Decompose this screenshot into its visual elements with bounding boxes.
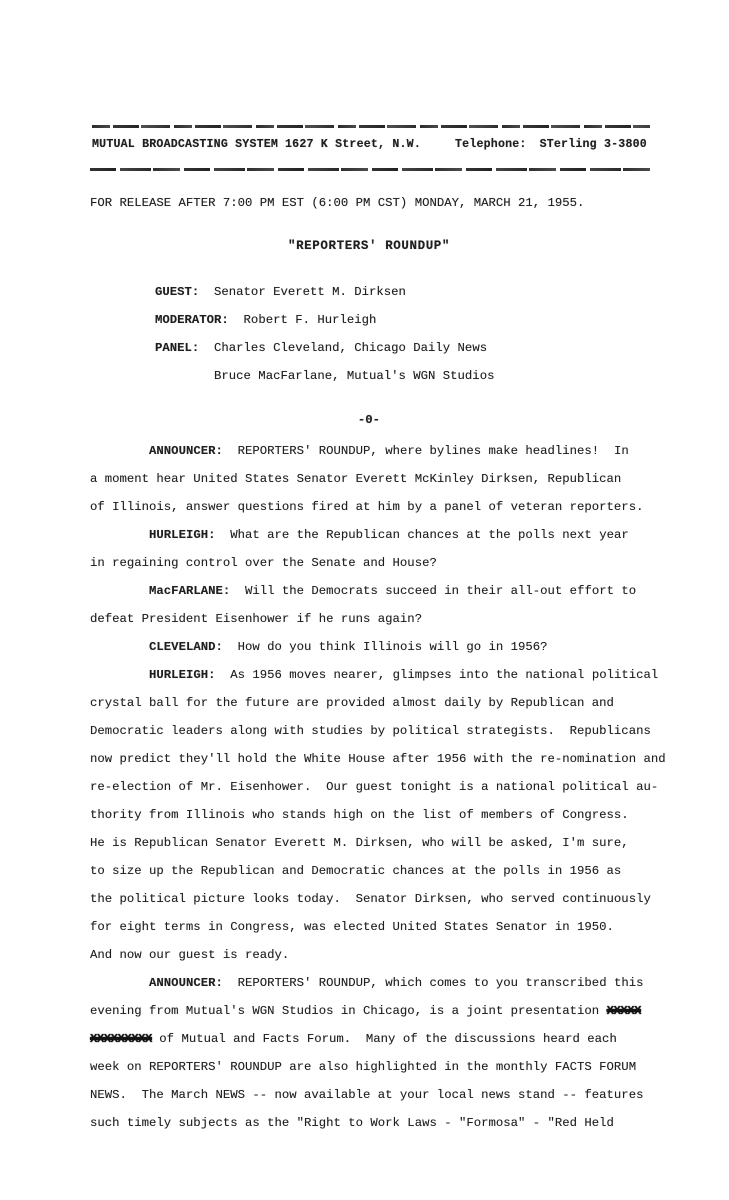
transcript-body: ANNOUNCER: REPORTERS' ROUNDUP, where byl… bbox=[90, 437, 690, 1137]
telephone-number: STerling 3-3800 bbox=[540, 138, 647, 151]
body-line-text: now predict they'll hold the White House… bbox=[90, 752, 666, 766]
body-line-text: What are the Republican chances at the p… bbox=[215, 528, 628, 542]
body-line-text: of Illinois, answer questions fired at h… bbox=[90, 500, 643, 514]
body-line: ANNOUNCER: REPORTERS' ROUNDUP, which com… bbox=[90, 969, 690, 997]
body-line: the political picture looks today. Senat… bbox=[90, 885, 690, 913]
body-line: He is Republican Senator Everett M. Dirk… bbox=[90, 829, 690, 857]
body-line: to size up the Republican and Democratic… bbox=[90, 857, 690, 885]
body-line: week on REPORTERS' ROUNDUP are also high… bbox=[90, 1053, 690, 1081]
credit-line: PANEL: Charles Cleveland, Chicago Daily … bbox=[155, 334, 494, 362]
credit-value: Charles Cleveland, Chicago Daily News bbox=[199, 341, 487, 355]
body-line-text: evening from Mutual's WGN Studios in Chi… bbox=[90, 1004, 607, 1018]
body-line-text: NEWS. The March NEWS -- now available at… bbox=[90, 1088, 643, 1102]
body-line-text: crystal ball for the future are provided… bbox=[90, 696, 614, 710]
org-name: MUTUAL BROADCASTING SYSTEM bbox=[92, 138, 278, 151]
body-line: CLEVELAND: How do you think Illinois wil… bbox=[90, 633, 690, 661]
document-page: MUTUAL BROADCASTING SYSTEM 1627 K Street… bbox=[0, 0, 729, 1200]
body-line-text: of Mutual and Facts Forum. Many of the d… bbox=[152, 1032, 617, 1046]
speaker-label: ANNOUNCER: bbox=[149, 444, 223, 458]
body-line: XXXXXXXXX of Mutual and Facts Forum. Man… bbox=[90, 1025, 690, 1053]
body-line-text: Will the Democrats succeed in their all-… bbox=[230, 584, 636, 598]
body-line: thority from Illinois who stands high on… bbox=[90, 801, 690, 829]
document-title: "REPORTERS' ROUNDUP" bbox=[90, 232, 648, 260]
body-line: re-election of Mr. Eisenhower. Our guest… bbox=[90, 773, 690, 801]
body-line-text: week on REPORTERS' ROUNDUP are also high… bbox=[90, 1060, 636, 1074]
credit-line: GUEST: Senator Everett M. Dirksen bbox=[155, 278, 494, 306]
body-line-text: in regaining control over the Senate and… bbox=[90, 556, 437, 570]
body-line-text: thority from Illinois who stands high on… bbox=[90, 808, 629, 822]
letterhead-rule-top bbox=[92, 125, 650, 128]
body-line: now predict they'll hold the White House… bbox=[90, 745, 690, 773]
credit-line: Bruce MacFarlane, Mutual's WGN Studios bbox=[155, 362, 494, 390]
body-line-text: REPORTERS' ROUNDUP, where bylines make h… bbox=[223, 444, 629, 458]
body-line-text: As 1956 moves nearer, glimpses into the … bbox=[215, 668, 658, 682]
body-line-text: REPORTERS' ROUNDUP, which comes to you t… bbox=[223, 976, 644, 990]
release-line: FOR RELEASE AFTER 7:00 PM EST (6:00 PM C… bbox=[90, 189, 690, 217]
body-line-text: How do you think Illinois will go in 195… bbox=[223, 640, 548, 654]
credit-label: GUEST: bbox=[155, 285, 199, 299]
credit-value: Senator Everett M. Dirksen bbox=[199, 285, 406, 299]
body-line-text: to size up the Republican and Democratic… bbox=[90, 864, 621, 878]
body-line: for eight terms in Congress, was elected… bbox=[90, 913, 690, 941]
body-line: ANNOUNCER: REPORTERS' ROUNDUP, where byl… bbox=[90, 437, 690, 465]
body-line-text: He is Republican Senator Everett M. Dirk… bbox=[90, 836, 629, 850]
body-line-text: for eight terms in Congress, was elected… bbox=[90, 920, 614, 934]
body-line-text: such timely subjects as the "Right to Wo… bbox=[90, 1116, 614, 1130]
body-line-text: the political picture looks today. Senat… bbox=[90, 892, 651, 906]
body-line: defeat President Eisenhower if he runs a… bbox=[90, 605, 690, 633]
credit-line: MODERATOR: Robert F. Hurleigh bbox=[155, 306, 494, 334]
body-line-text: Democratic leaders along with studies by… bbox=[90, 724, 651, 738]
body-line: a moment hear United States Senator Ever… bbox=[90, 465, 690, 493]
speaker-label: ANNOUNCER: bbox=[149, 976, 223, 990]
speaker-label: CLEVELAND: bbox=[149, 640, 223, 654]
body-line: NEWS. The March NEWS -- now available at… bbox=[90, 1081, 690, 1109]
credit-value: Bruce MacFarlane, Mutual's WGN Studios bbox=[155, 369, 494, 383]
telephone-block: Telephone:STerling 3-3800 bbox=[455, 138, 647, 151]
body-line: evening from Mutual's WGN Studios in Chi… bbox=[90, 997, 690, 1025]
body-line: such timely subjects as the "Right to Wo… bbox=[90, 1109, 690, 1137]
credits-block: GUEST: Senator Everett M. DirksenMODERAT… bbox=[155, 278, 494, 390]
credit-label: MODERATOR: bbox=[155, 313, 229, 327]
body-line: HURLEIGH: As 1956 moves nearer, glimpses… bbox=[90, 661, 690, 689]
credit-label: PANEL: bbox=[155, 341, 199, 355]
speaker-label: HURLEIGH: bbox=[149, 528, 215, 542]
separator-mark: -0- bbox=[90, 406, 648, 434]
telephone-label: Telephone: bbox=[455, 138, 527, 151]
body-line: MacFARLANE: Will the Democrats succeed i… bbox=[90, 577, 690, 605]
credit-value: Robert F. Hurleigh bbox=[229, 313, 377, 327]
body-line: Democratic leaders along with studies by… bbox=[90, 717, 690, 745]
struck-out-text: XXXXX bbox=[607, 1004, 641, 1018]
body-line-text: And now our guest is ready. bbox=[90, 948, 289, 962]
struck-out-text: XXXXXXXXX bbox=[90, 1032, 152, 1046]
body-line-text: re-election of Mr. Eisenhower. Our guest… bbox=[90, 780, 658, 794]
body-line: HURLEIGH: What are the Republican chance… bbox=[90, 521, 690, 549]
body-line: in regaining control over the Senate and… bbox=[90, 549, 690, 577]
speaker-label: HURLEIGH: bbox=[149, 668, 215, 682]
body-line: crystal ball for the future are provided… bbox=[90, 689, 690, 717]
body-line: of Illinois, answer questions fired at h… bbox=[90, 493, 690, 521]
body-line: And now our guest is ready. bbox=[90, 941, 690, 969]
letterhead-rule-bottom bbox=[90, 168, 650, 171]
body-line-text: a moment hear United States Senator Ever… bbox=[90, 472, 621, 486]
letterhead: MUTUAL BROADCASTING SYSTEM 1627 K Street… bbox=[92, 134, 652, 158]
street-address: 1627 K Street, N.W. bbox=[285, 138, 421, 151]
body-line-text: defeat President Eisenhower if he runs a… bbox=[90, 612, 422, 626]
speaker-label: MacFARLANE: bbox=[149, 584, 230, 598]
